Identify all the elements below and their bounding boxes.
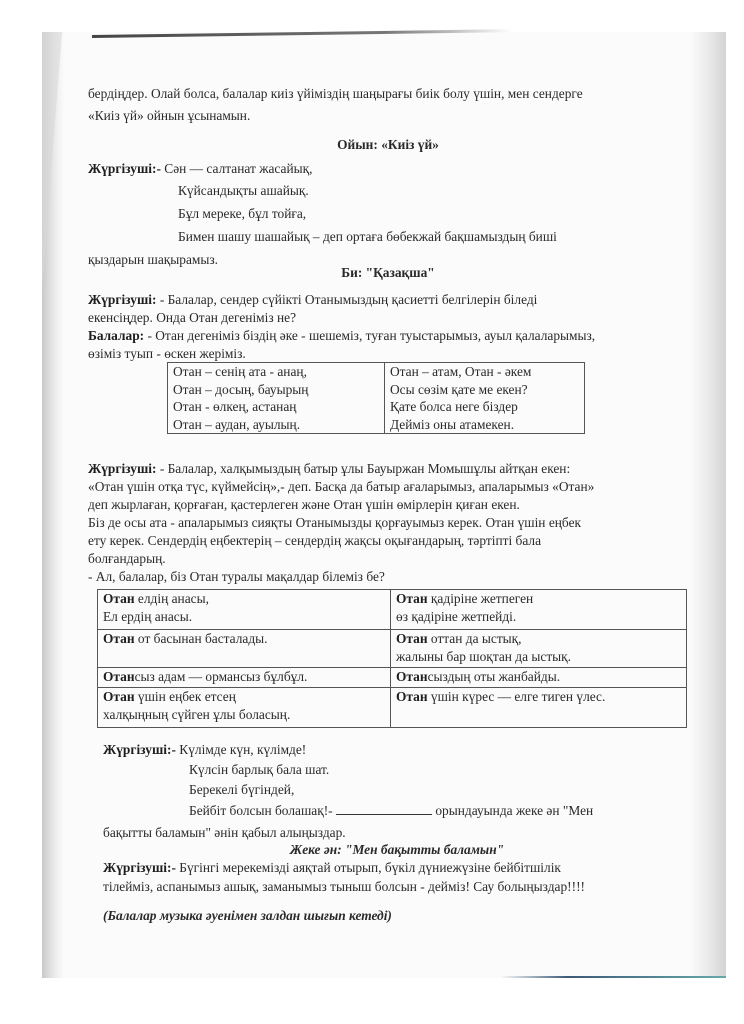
poem-line: Қате болса неге біздер [390,398,579,416]
children-line-1: Балалар: - Отан дегеніміз біздің әке - ш… [88,326,688,345]
closing-line-1: Жүргізуші:- Бүгінгі мерекемізді аяқтай о… [103,858,703,877]
verse-text: Күлімде күн, күлімде! [179,742,306,757]
speaker-label: Жүргізуші: [88,292,156,307]
proverb-keyword: Отан [396,631,428,646]
proverb-line: Отан оттан да ыстық, [396,630,681,648]
song-title: Жеке ән: "Мен бақытты баламын" [97,840,697,859]
proverb-row: Отан елдің анасы,Ел ердің анасы.Отан қад… [98,590,687,630]
document-page: бердіңдер. Олай болса, балалар киіз үйім… [0,0,744,1024]
proverb-row: Отан от басынан басталады.Отан оттан да … [98,630,687,668]
proverb-line: Отансыз адам — ормансыз бұлбұл. [103,668,385,686]
dialogue2-line-3: деп жырлаған, қорғаған, қастерлеген және… [88,495,688,514]
intro-line-2: «Киіз үй» ойнын ұсынамын. [88,106,688,125]
dialogue2-line-1: Жүргізуші: - Балалар, халқымыздың батыр … [88,459,688,478]
proverb-cell-right: Отан үшін күрес — елге тиген үлес. [391,688,687,728]
proverb-line: Отан от басынан басталады. [103,630,385,648]
poem-left-cell: Отан – сенің ата - анаң, Отан – досың, б… [168,363,385,434]
verse1-line-1: Жүргізуші:- Сән — салтанат жасайық, [88,159,688,178]
verse-text: Сән — салтанат жасайық, [164,161,312,176]
closing-text: Бүгінгі мерекемізді аяқтай отырып, бүкіл… [176,860,561,875]
proverb-line: Ел ердің анасы. [103,608,385,626]
dialogue2-line-7: - Ал, балалар, біз Отан туралы мақалдар … [88,567,688,586]
proverb-cell-left: Отан елдің анасы,Ел ердің анасы. [98,590,391,630]
proverb-cell-left: Отан үшін еңбек етсеңхалқыңның сүйген ұл… [98,688,391,728]
poem-table: Отан – сенің ата - анаң, Отан – досың, б… [167,362,585,434]
proverb-line: халқыңның сүйген ұлы боласың. [103,706,385,724]
verse2-line-3: Берекелі бүгіндей, [189,780,294,799]
proverb-line: жалыны бар шоқтан да ыстық. [396,648,681,666]
proverbs-table: Отан елдің анасы,Ел ердің анасы.Отан қад… [97,589,687,728]
dance-title: Би: "Қазақша" [88,263,688,282]
proverb-keyword: Отан [103,591,135,606]
verse1-line-4: Бимен шашу шашайық – деп ортаға бөбекжай… [178,227,557,246]
poem-right-cell: Отан – атам, Отан - әкем Осы сөзім қате … [385,363,585,434]
children-label: Балалар: [88,328,144,343]
intro-line-1: бердіңдер. Олай болса, балалар киіз үйім… [88,84,688,103]
speaker-label: Жүргізуші:- [103,860,176,875]
dialogue2-line-2: «Отан үшін отқа түс, күймейсің»,- деп. Б… [88,477,688,496]
poem-line: Отан – атам, Отан - әкем [390,363,579,381]
closing-line-2: тілейміз, аспанымыз ашық, заманымыз тыны… [103,877,703,896]
poem-line: Дейміз оны атамекен. [390,416,579,434]
dialogue2-line-4: Біз де осы ата - апаларымыз сияқты Отаны… [88,513,688,532]
verse1-line-3: Бұл мереке, бұл тойға, [178,204,306,223]
children-text: - Отан дегеніміз біздің әке - шешеміз, т… [144,328,595,343]
poem-line: Отан – досың, бауырың [173,381,379,399]
proverb-line: Отансыздың оты жанбайды. [396,668,681,686]
proverb-row: Отансыз адам — ормансыз бұлбұл.Отансызды… [98,668,687,688]
proverb-line: Отан үшін еңбек етсең [103,688,385,706]
speaker-label: Жүргізуші:- [88,161,161,176]
proverb-keyword: Отан [396,669,428,684]
dialogue-text: - Балалар, сендер сүйікті Отанымыздың қа… [156,292,537,307]
dialogue2-line-6: болғандарың. [88,549,688,568]
verse2-line-4: Бейбіт болсын болашақ!- орындауында жеке… [189,801,593,820]
game-title: Ойын: «Киіз үй» [88,135,688,154]
stage-note: (Балалар музыка әуенімен залдан шығып ке… [103,906,392,925]
verse2-line-2: Күлсін барлық бала шат. [189,760,329,779]
verse2-line-1: Жүргізуші:- Күлімде күн, күлімде! [103,740,703,759]
verse-text: Бейбіт болсын болашақ!- [189,803,333,818]
proverb-keyword: Отан [103,689,135,704]
proverb-cell-right: Отансыздың оты жанбайды. [391,668,687,688]
poem-line: Осы сөзім қате ме екен? [390,381,579,399]
proverb-cell-right: Отан оттан да ыстық,жалыны бар шоқтан да… [391,630,687,668]
proverb-row: Отан үшін еңбек етсеңхалқыңның сүйген ұл… [98,688,687,728]
children-line-2: өзіміз туып - өскен жеріміз. [88,344,688,363]
proverb-line: өз қадіріне жетпейді. [396,608,681,626]
proverb-cell-left: Отан от басынан басталады. [98,630,391,668]
proverb-cell-right: Отан қадіріне жетпегенөз қадіріне жетпей… [391,590,687,630]
poem-line: Отан - өлкең, астанаң [173,398,379,416]
proverb-keyword: Отан [396,591,428,606]
proverb-keyword: Отан [396,689,428,704]
proverb-line: Отан қадіріне жетпеген [396,590,681,608]
verse1-line-2: Күйсандықты ашайық. [178,181,309,200]
proverb-line: Отан үшін күрес — елге тиген үлес. [396,688,681,706]
proverb-line: Отан елдің анасы, [103,590,385,608]
proverb-cell-left: Отансыз адам — ормансыз бұлбұл. [98,668,391,688]
dialogue2-line-5: ету керек. Сендердің еңбектерің – сендер… [88,531,688,550]
dialogue1-line-2: екенсіңдер. Онда Отан дегеніміз не? [88,308,688,327]
poem-line: Отан – аудан, ауылың. [173,416,379,434]
proverb-keyword: Отан [103,631,135,646]
poem-line: Отан – сенің ата - анаң, [173,363,379,381]
verse-text: орындауында жеке ән "Мен [432,803,593,818]
proverb-keyword: Отан [103,669,135,684]
performer-blank [336,802,432,815]
dialogue-text: - Балалар, халқымыздың батыр ұлы Бауыржа… [156,461,570,476]
dialogue1-line-1: Жүргізуші: - Балалар, сендер сүйікті Ота… [88,290,688,309]
speaker-label: Жүргізуші:- [103,742,176,757]
speaker-label: Жүргізуші: [88,461,156,476]
